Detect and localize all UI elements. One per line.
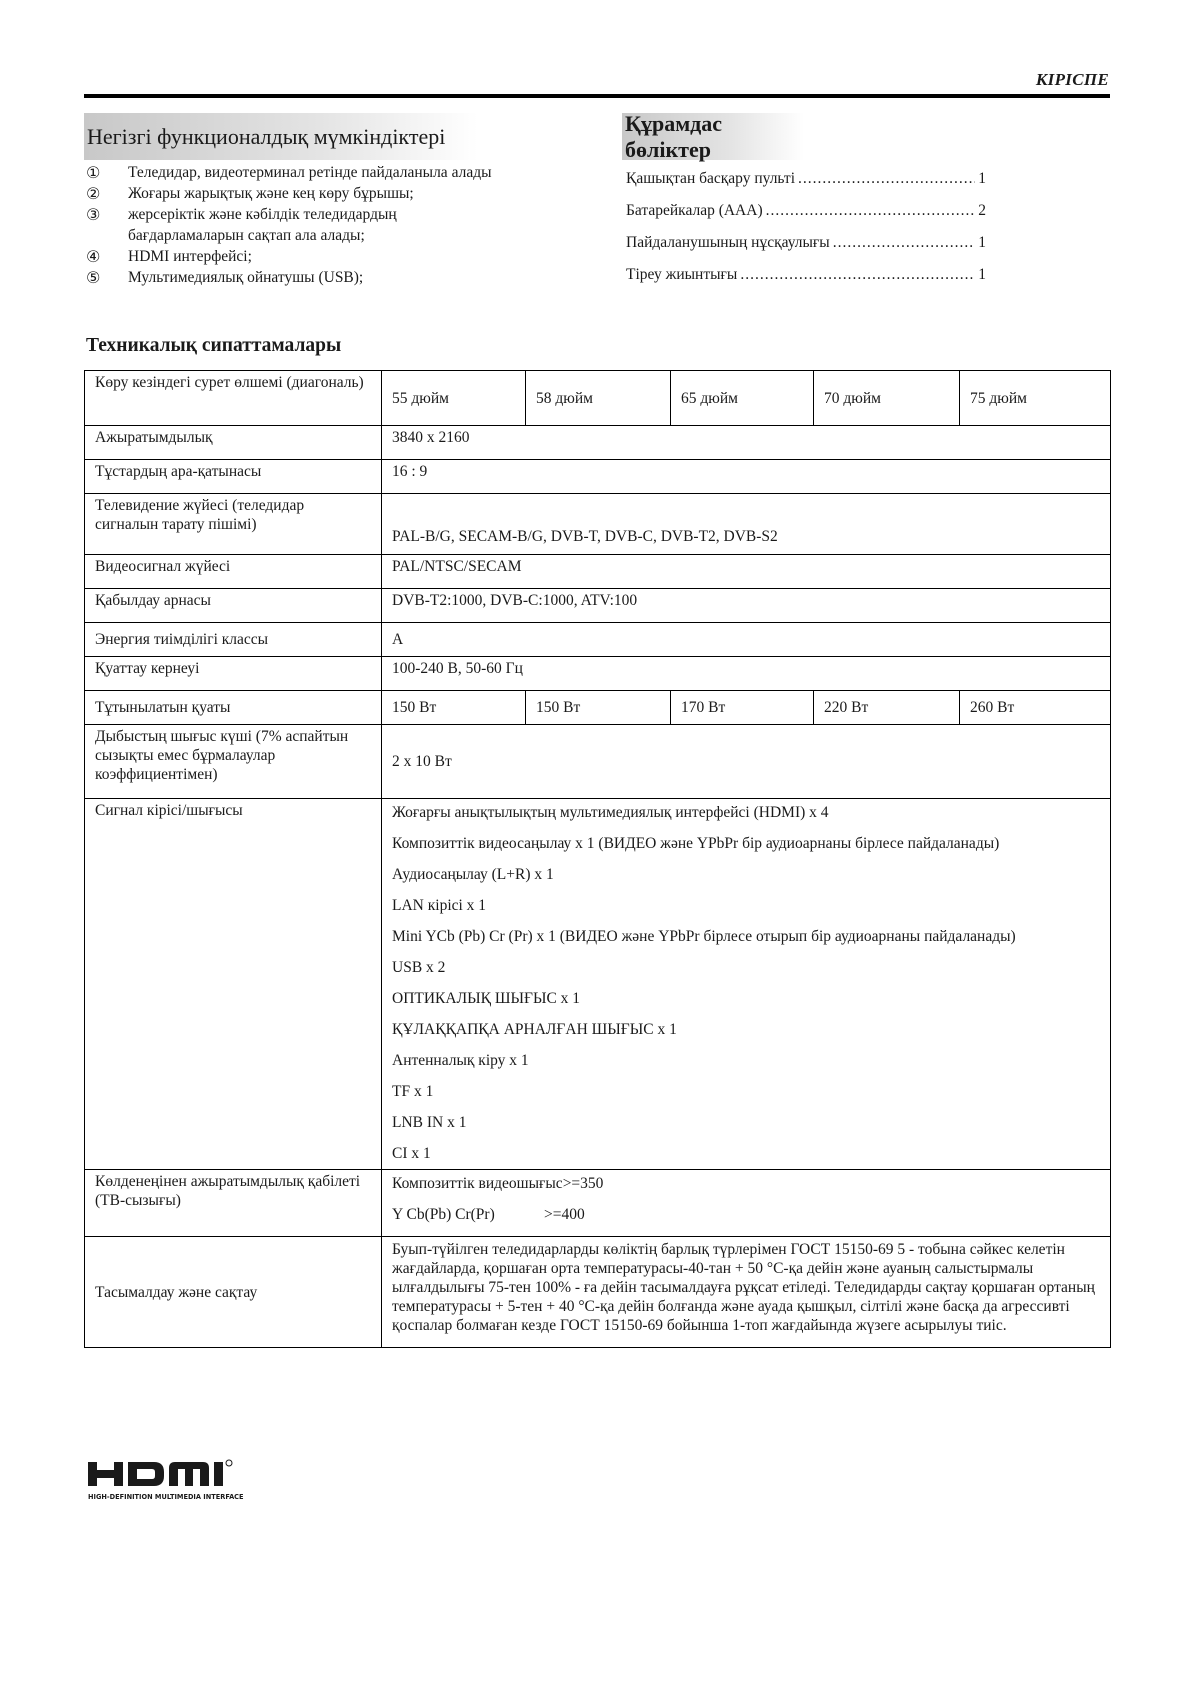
- component-name: Батарейкалар (ААА): [626, 202, 763, 220]
- signal-io-item: Композиттік видеосаңылау x 1 (ВИДЕО және…: [392, 832, 1100, 863]
- circled-number-5-icon: ⑤: [86, 267, 128, 288]
- circled-number-3-icon: ③: [86, 204, 128, 246]
- component-qty: 1: [978, 234, 986, 252]
- hdmi-tagline: HIGH-DEFINITION MULTIMEDIA INTERFACE: [88, 1493, 244, 1501]
- row-label: Ажыратымдылық: [85, 426, 382, 460]
- component-name: Қашықтан басқару пульті: [626, 170, 795, 188]
- row-label: Тасымалдау және сақтау: [85, 1237, 382, 1348]
- size-value: 58 дюйм: [526, 371, 671, 426]
- row-label: Қабылдау арнасы: [85, 589, 382, 623]
- component-qty: 2: [978, 202, 986, 220]
- specs-table: Көру кезіндегі сурет өлшемі (диагональ) …: [84, 370, 1111, 1348]
- dot-leader: [833, 234, 976, 252]
- row-label: Қуаттау кернеуі: [85, 657, 382, 691]
- row-value: A: [382, 623, 1111, 657]
- size-value: 70 дюйм: [814, 371, 960, 426]
- component-item: Тіреу жиынтығы1: [626, 266, 986, 298]
- horizontal-resolution-list: Композиттік видеошығыс>=350 Y Cb(Pb) Cr(…: [382, 1170, 1111, 1237]
- signal-io-item: LAN кірісі x 1: [392, 894, 1100, 925]
- features-banner: Негізгі функционалдық мүмкіндіктері: [84, 113, 478, 160]
- feature-item: ④HDMI интерфейсі;: [86, 246, 606, 267]
- table-row-energy-class: Энергия тиімділігі классы A: [85, 623, 1111, 657]
- power-value: 150 Вт: [526, 691, 671, 725]
- dot-leader: [766, 202, 976, 220]
- row-label: Телевидение жүйесі (теледидар сигналын т…: [85, 494, 382, 555]
- hres-item: Композиттік видеошығыс>=350: [392, 1172, 1100, 1203]
- feature-text: Жоғары жарықтық және кең көру бұрышы;: [128, 183, 606, 204]
- hres-value: >=400: [544, 1206, 585, 1223]
- specs-title: Техникалық сипаттамалары: [86, 335, 341, 357]
- hdmi-logo: HIGH-DEFINITION MULTIMEDIA INTERFACE: [88, 1454, 268, 1514]
- section-header-label: КІРІСПЕ: [1000, 70, 1109, 90]
- components-list: Қашықтан басқару пульті1 Батарейкалар (А…: [626, 170, 986, 298]
- row-label: Энергия тиімділігі классы: [85, 623, 382, 657]
- signal-io-item: Mini YCb (Pb) Cr (Pr) x 1 (ВИДЕО және YP…: [392, 925, 1100, 956]
- row-value: 3840 x 2160: [382, 426, 1111, 460]
- table-row-power: Тұтынылатын қуаты 150 Вт 150 Вт 170 Вт 2…: [85, 691, 1111, 725]
- transport-text: Буып-түйілген теледидарларды көліктің ба…: [392, 1239, 1100, 1345]
- signal-io-item: Аудиосаңылау (L+R) x 1: [392, 863, 1100, 894]
- feature-item: ②Жоғары жарықтық және кең көру бұрышы;: [86, 183, 606, 204]
- table-row-horizontal-resolution: Көлденеңінен ажыратымдылық қабілеті (ТВ-…: [85, 1170, 1111, 1237]
- hdmi-logo-icon: HIGH-DEFINITION MULTIMEDIA INTERFACE: [88, 1454, 268, 1514]
- power-value: 220 Вт: [814, 691, 960, 725]
- signal-io-item: LNB IN x 1: [392, 1111, 1100, 1142]
- hres-item: Y Cb(Pb) Cr(Pr)>=400: [392, 1203, 1100, 1234]
- table-row-transport: Тасымалдау және сақтау Буып-түйілген тел…: [85, 1237, 1111, 1348]
- row-value: 100-240 В, 50-60 Гц: [382, 657, 1111, 691]
- power-value: 150 Вт: [382, 691, 526, 725]
- circled-number-1-icon: ①: [86, 162, 128, 183]
- row-value: PAL-B/G, SECAM-B/G, DVB-T, DVB-C, DVB-T2…: [382, 494, 1111, 555]
- table-row-tv-system: Телевидение жүйесі (теледидар сигналын т…: [85, 494, 1111, 555]
- feature-text: HDMI интерфейсі;: [128, 246, 606, 267]
- hres-value: >=350: [563, 1175, 604, 1192]
- row-label: Тұтынылатын қуаты: [85, 691, 382, 725]
- component-name: Тіреу жиынтығы: [626, 266, 737, 284]
- table-row-channels: Қабылдау арнасы DVB-T2:1000, DVB-C:1000,…: [85, 589, 1111, 623]
- component-item: Батарейкалар (ААА)2: [626, 202, 986, 234]
- features-title: Негізгі функционалдық мүмкіндіктері: [87, 124, 445, 150]
- circled-number-2-icon: ②: [86, 183, 128, 204]
- row-label: Видеосигнал жүйесі: [85, 555, 382, 589]
- components-banner: Құрамдас бөліктер: [622, 113, 804, 160]
- row-label: Көру кезіндегі сурет өлшемі (диагональ): [85, 371, 382, 426]
- row-value: PAL/NTSC/SECAM: [382, 555, 1111, 589]
- signal-io-item: USB x 2: [392, 956, 1100, 987]
- feature-item: ⑤Мультимедиялық ойнатушы (USB);: [86, 267, 606, 288]
- dot-leader: [798, 170, 975, 188]
- hres-name: Композиттік видеошығыс: [392, 1175, 563, 1192]
- component-qty: 1: [978, 170, 986, 188]
- row-label: Тұстардың ара-қатынасы: [85, 460, 382, 494]
- row-value: DVB-T2:1000, DVB-C:1000, ATV:100: [382, 589, 1111, 623]
- circled-number-4-icon: ④: [86, 246, 128, 267]
- feature-text: Теледидар, видеотерминал ретінде пайдала…: [128, 162, 606, 183]
- header-rule: [84, 94, 1110, 98]
- hres-name: Y Cb(Pb) Cr(Pr): [392, 1205, 544, 1224]
- table-row-voltage: Қуаттау кернеуі 100-240 В, 50-60 Гц: [85, 657, 1111, 691]
- table-row-video-system: Видеосигнал жүйесі PAL/NTSC/SECAM: [85, 555, 1111, 589]
- signal-io-item: TF x 1: [392, 1080, 1100, 1111]
- row-value: 2 x 10 Вт: [382, 725, 1111, 799]
- signal-io-list: Жоғарғы анықтылықтың мультимедиялық инте…: [382, 799, 1111, 1170]
- row-label: Сигнал кірісі/шығысы: [85, 799, 382, 1170]
- table-row-signal-io: Сигнал кірісі/шығысы Жоғарғы анықтылықты…: [85, 799, 1111, 1170]
- feature-text: жерсеріктік және кәбілдік теледидардың б…: [128, 204, 458, 246]
- table-row-screen-size: Көру кезіндегі сурет өлшемі (диагональ) …: [85, 371, 1111, 426]
- features-list: ①Теледидар, видеотерминал ретінде пайдал…: [86, 162, 606, 288]
- row-value: Буып-түйілген теледидарларды көліктің ба…: [382, 1237, 1111, 1348]
- signal-io-item: Жоғарғы анықтылықтың мультимедиялық инте…: [392, 801, 1100, 832]
- row-value: 16 : 9: [382, 460, 1111, 494]
- component-item: Пайдаланушының нұсқаулығы1: [626, 234, 986, 266]
- signal-io-item: Антенналық кіру x 1: [392, 1049, 1100, 1080]
- signal-io-item: ОПТИКАЛЫҚ ШЫҒЫС x 1: [392, 987, 1100, 1018]
- size-value: 65 дюйм: [671, 371, 814, 426]
- components-title: Құрамдас бөліктер: [625, 111, 804, 163]
- power-value: 260 Вт: [960, 691, 1111, 725]
- table-row-sound: Дыбыстың шығыс күші (7% аспайтын сызықты…: [85, 725, 1111, 799]
- component-qty: 1: [978, 266, 986, 284]
- feature-text: Мультимедиялық ойнатушы (USB);: [128, 267, 606, 288]
- row-label: Дыбыстың шығыс күші (7% аспайтын сызықты…: [85, 725, 382, 799]
- dot-leader: [740, 266, 975, 284]
- signal-io-item: CI x 1: [392, 1142, 1100, 1167]
- table-row-resolution: Ажыратымдылық 3840 x 2160: [85, 426, 1111, 460]
- power-value: 170 Вт: [671, 691, 814, 725]
- feature-item: ③жерсеріктік және кәбілдік теледидардың …: [86, 204, 606, 246]
- size-value: 55 дюйм: [382, 371, 526, 426]
- row-label: Көлденеңінен ажыратымдылық қабілеті (ТВ-…: [85, 1170, 382, 1237]
- component-name: Пайдаланушының нұсқаулығы: [626, 234, 830, 252]
- component-item: Қашықтан басқару пульті1: [626, 170, 986, 202]
- feature-item: ①Теледидар, видеотерминал ретінде пайдал…: [86, 162, 606, 183]
- signal-io-item: ҚҰЛАҚҚАПҚА АРНАЛҒАН ШЫҒЫС x 1: [392, 1018, 1100, 1049]
- size-value: 75 дюйм: [960, 371, 1111, 426]
- table-row-aspect: Тұстардың ара-қатынасы 16 : 9: [85, 460, 1111, 494]
